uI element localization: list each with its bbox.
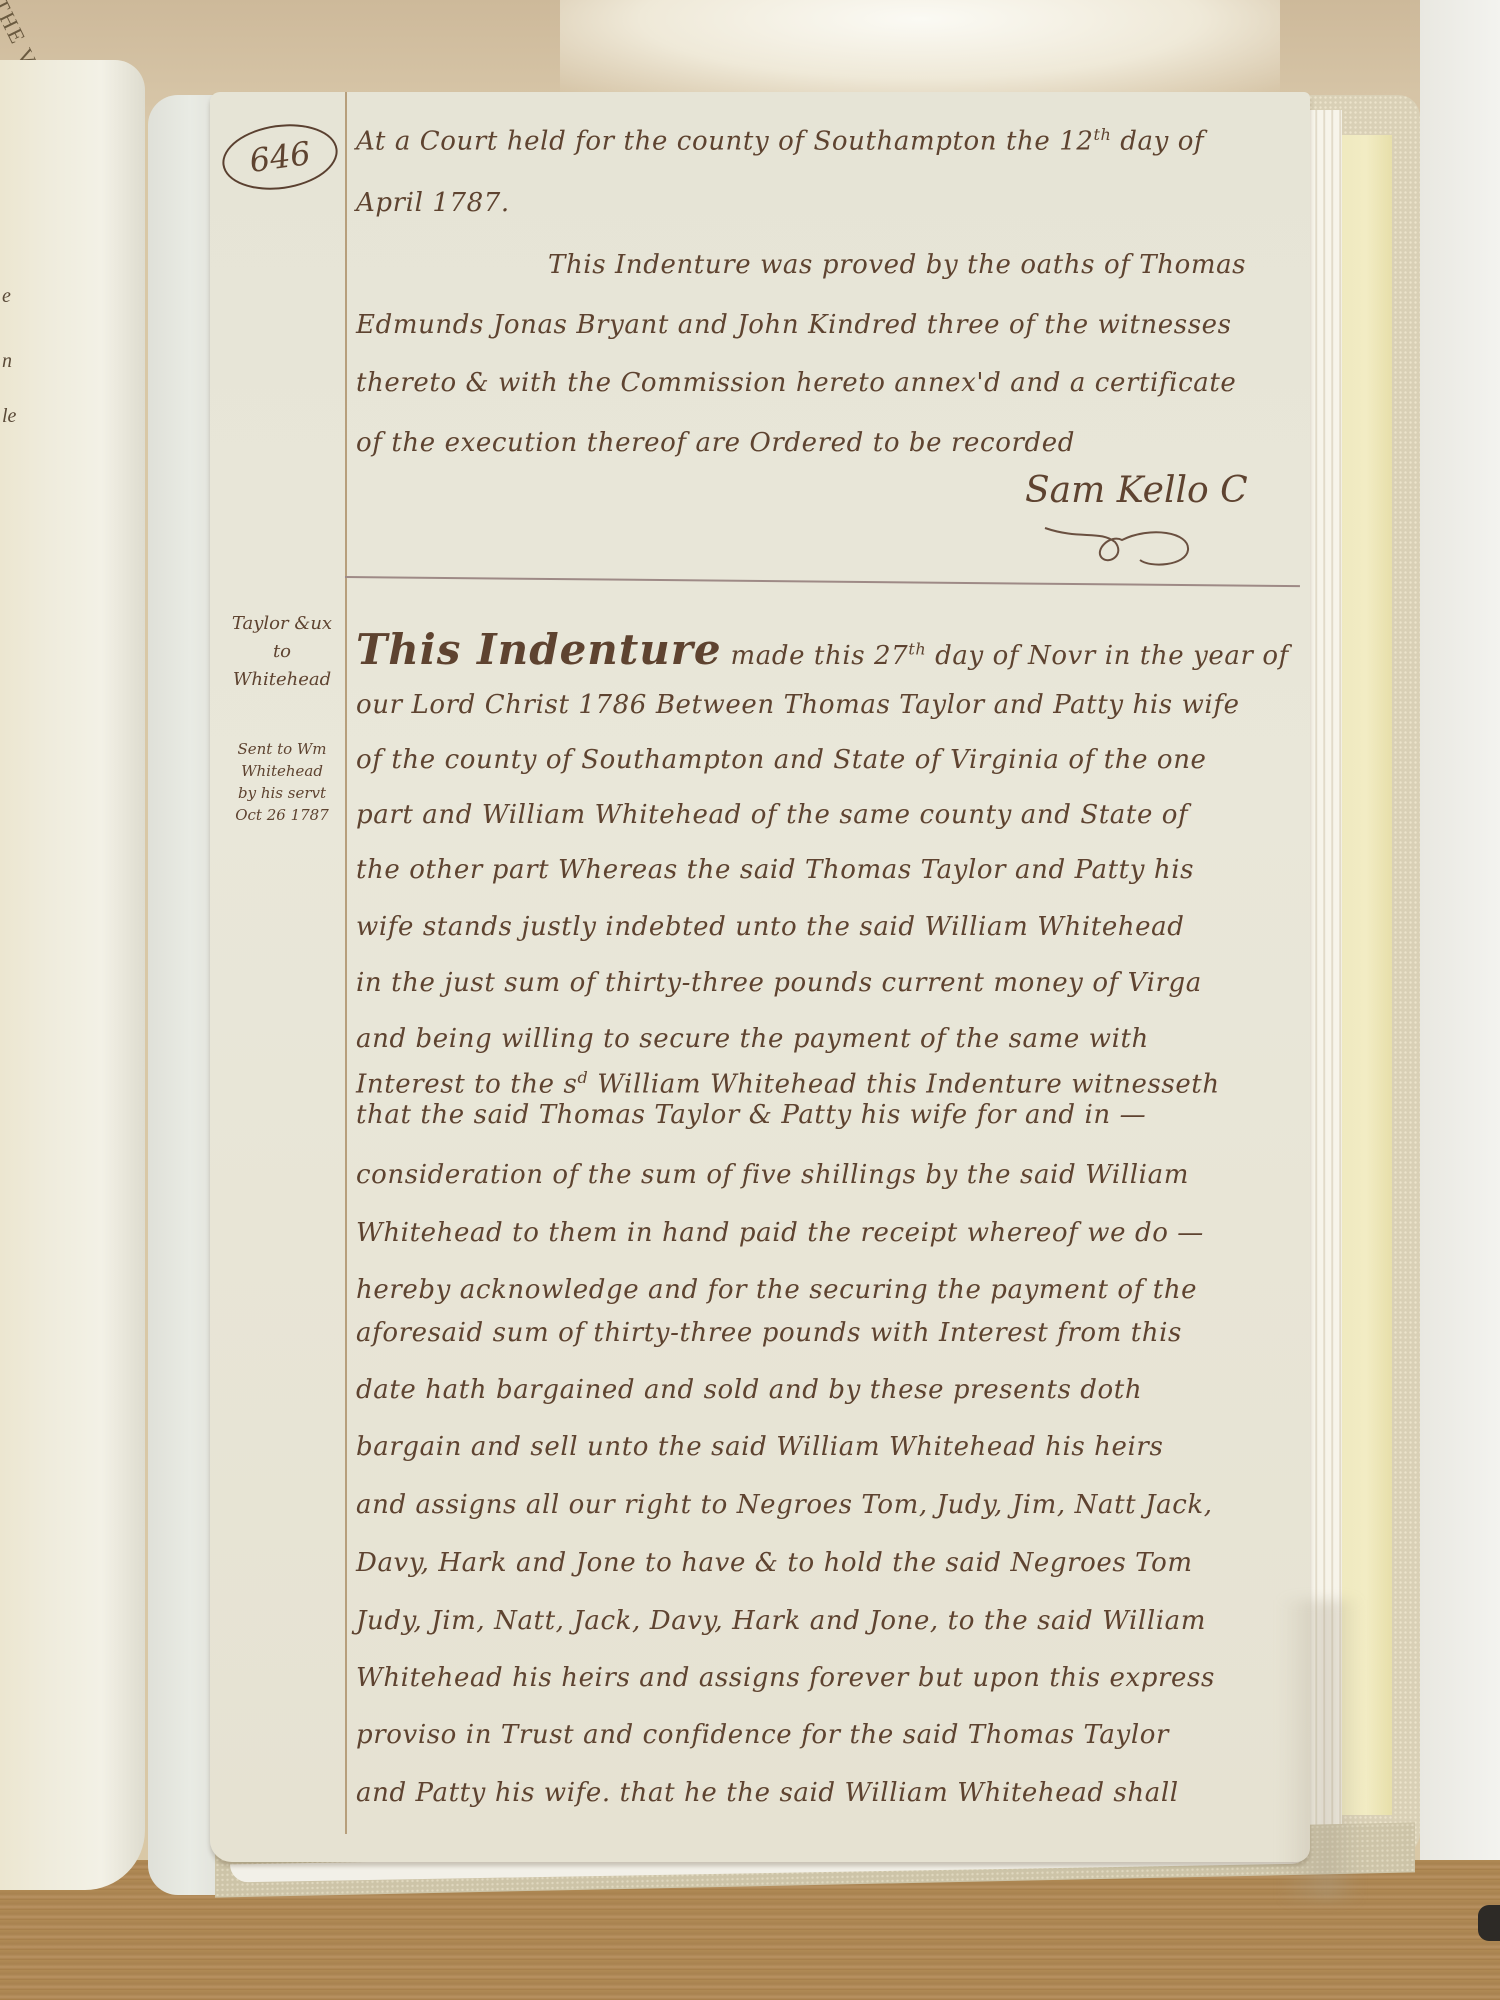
background-right bbox=[1420, 0, 1500, 1880]
indenture-line: and being willing to secure the payment … bbox=[356, 1024, 1149, 1054]
desk-knob bbox=[1478, 1905, 1500, 1941]
indenture-heading: This Indenture bbox=[356, 625, 722, 674]
indenture-line: wife stands justly indebted unto the sai… bbox=[356, 912, 1185, 942]
page-number: 646 bbox=[247, 134, 313, 180]
text: day of Novr in the year of bbox=[926, 641, 1289, 671]
superscript: th bbox=[908, 639, 926, 658]
indenture-line: that the said Thomas Taylor & Patty his … bbox=[356, 1100, 1146, 1130]
indenture-line: in the just sum of thirty-three pounds c… bbox=[356, 968, 1202, 998]
left-page-fragment: e bbox=[2, 285, 11, 308]
indenture-line: part and William Whitehead of the same c… bbox=[356, 800, 1188, 830]
indenture-line: bargain and sell unto the said William W… bbox=[356, 1432, 1163, 1462]
probate-line: thereto & with the Commission hereto ann… bbox=[356, 368, 1236, 398]
margin-note-line: by his servt bbox=[222, 782, 342, 804]
margin-note-delivery: Sent to Wm Whitehead by his servt Oct 26… bbox=[222, 738, 342, 826]
left-page: e n le bbox=[0, 60, 145, 1890]
margin-note-title: Taylor &ux to Whitehead bbox=[222, 610, 342, 694]
text: made this 27 bbox=[722, 641, 909, 671]
light-glare bbox=[560, 0, 1280, 95]
text: day of bbox=[1111, 127, 1204, 157]
margin-note-line: Taylor &ux bbox=[222, 610, 342, 638]
indenture-line: Judy, Jim, Natt, Jack, Davy, Hark and Jo… bbox=[356, 1606, 1206, 1636]
probate-line: This Indenture was proved by the oaths o… bbox=[548, 250, 1246, 280]
indenture-line: Whitehead to them in hand paid the recei… bbox=[356, 1218, 1204, 1248]
indenture-line: Interest to the sd William Whitehead thi… bbox=[356, 1068, 1220, 1100]
margin-note-line: Whitehead bbox=[222, 760, 342, 782]
probate-line: Edmunds Jonas Bryant and John Kindred th… bbox=[356, 310, 1232, 340]
motion-blur-artifact bbox=[1280, 1600, 1360, 1900]
probate-line: At a Court held for the county of Southa… bbox=[356, 125, 1204, 157]
indenture-line: Whitehead his heirs and assigns forever … bbox=[356, 1663, 1215, 1693]
indenture-line: hereby acknowledge and for the securing … bbox=[356, 1275, 1197, 1305]
text: William Whitehead this Indenture witness… bbox=[588, 1070, 1219, 1100]
indenture-line: This Indenture made this 27th day of Nov… bbox=[356, 625, 1289, 674]
indenture-line: and Patty his wife. that he the said Wil… bbox=[356, 1778, 1179, 1808]
left-page-fragment: n bbox=[2, 350, 12, 373]
probate-line: of the execution thereof are Ordered to … bbox=[356, 428, 1075, 458]
indenture-line: our Lord Christ 1786 Between Thomas Tayl… bbox=[356, 690, 1240, 720]
indenture-line: consideration of the sum of five shillin… bbox=[356, 1160, 1189, 1190]
signature-flourish-icon bbox=[1040, 520, 1200, 570]
margin-note-line: Oct 26 1787 bbox=[222, 804, 342, 826]
indenture-line: date hath bargained and sold and by thes… bbox=[356, 1375, 1142, 1405]
text: At a Court held for the county of Southa… bbox=[356, 127, 1094, 157]
margin-note-line: to bbox=[222, 638, 342, 666]
clerk-signature: Sam Kello C bbox=[1025, 470, 1248, 511]
indenture-line: proviso in Trust and confidence for the … bbox=[356, 1720, 1169, 1750]
indenture-line: and assigns all our right to Negroes Tom… bbox=[356, 1490, 1213, 1520]
gutter-tissue bbox=[148, 95, 218, 1895]
page-edge-stack bbox=[1310, 110, 1342, 1830]
left-page-fragment: le bbox=[2, 405, 16, 428]
margin-note-line: Whitehead bbox=[222, 666, 342, 694]
superscript: d bbox=[577, 1068, 588, 1087]
superscript: th bbox=[1094, 125, 1112, 144]
probate-line: April 1787. bbox=[356, 188, 510, 218]
indenture-line: Davy, Hark and Jone to have & to hold th… bbox=[356, 1548, 1193, 1578]
margin-rule bbox=[345, 92, 347, 1834]
yellowed-flyleaf bbox=[1340, 135, 1392, 1815]
indenture-line: of the county of Southampton and State o… bbox=[356, 745, 1207, 775]
indenture-line: the other part Whereas the said Thomas T… bbox=[356, 855, 1194, 885]
text: Interest to the s bbox=[356, 1070, 577, 1100]
indenture-line: aforesaid sum of thirty-three pounds wit… bbox=[356, 1318, 1182, 1348]
margin-note-line: Sent to Wm bbox=[222, 738, 342, 760]
